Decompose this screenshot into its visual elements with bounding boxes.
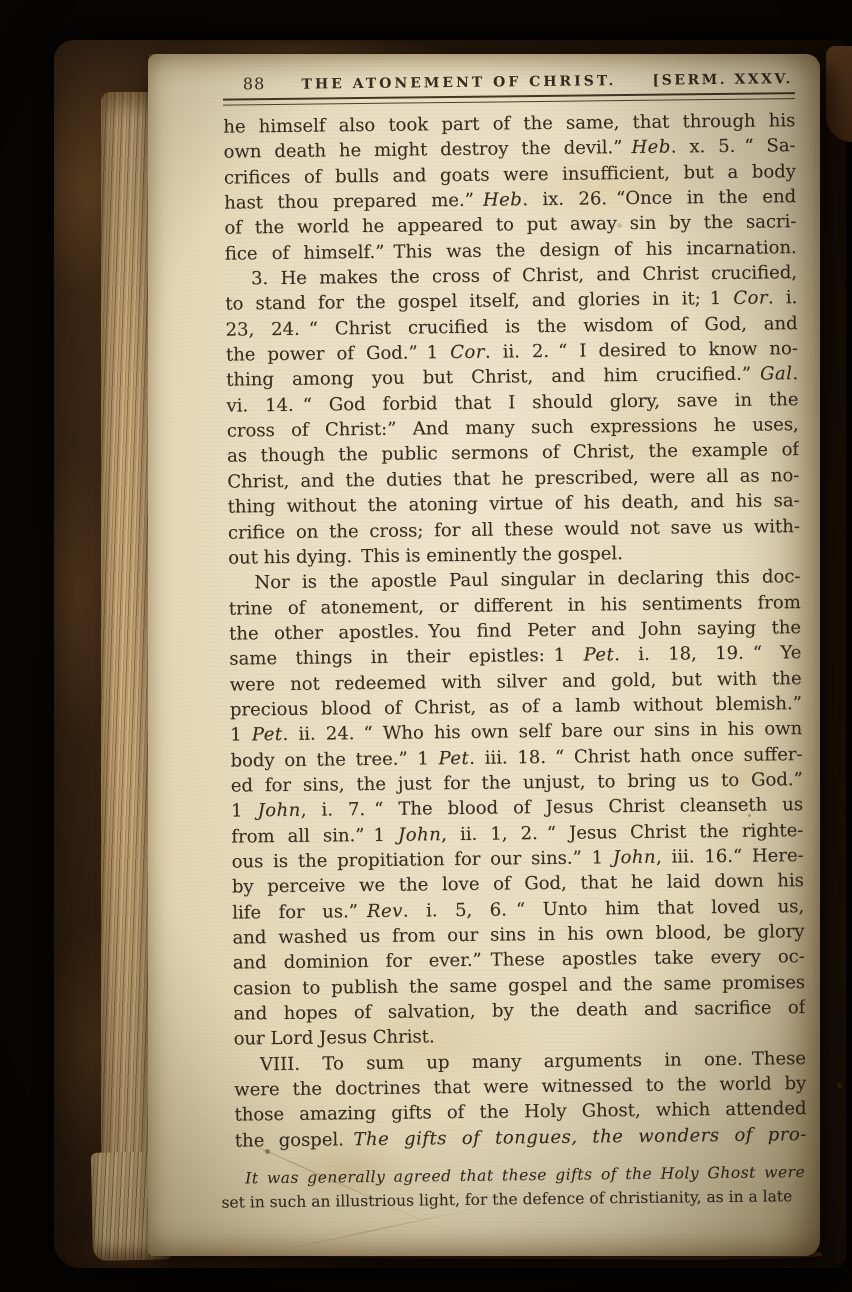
running-title: THE ATONEMENT OF CHRIST.: [301, 73, 616, 93]
text-line: the gospel. The gifts of tongues, the wo…: [235, 1122, 807, 1154]
sermon-number-label: [SERM. XXXV.: [653, 71, 793, 89]
printed-content: 88 THE ATONEMENT OF CHRIST. [SERM. XXXV.…: [223, 68, 808, 1215]
book-page: 88 THE ATONEMENT OF CHRIST. [SERM. XXXV.…: [148, 54, 820, 1256]
page-number: 88: [243, 74, 266, 93]
body-text: he himself also took part of the same, t…: [223, 108, 807, 1154]
header-double-rule: [223, 92, 795, 105]
scanned-book-photo: { "header": { "page_number": "88", "runn…: [0, 0, 852, 1292]
page-header: 88 THE ATONEMENT OF CHRIST. [SERM. XXXV.: [223, 68, 795, 93]
footnote-text: It was generally agreed that these gifts…: [221, 1161, 805, 1215]
adjacent-book-edge: [826, 46, 852, 142]
paper-specks: [148, 54, 151, 57]
